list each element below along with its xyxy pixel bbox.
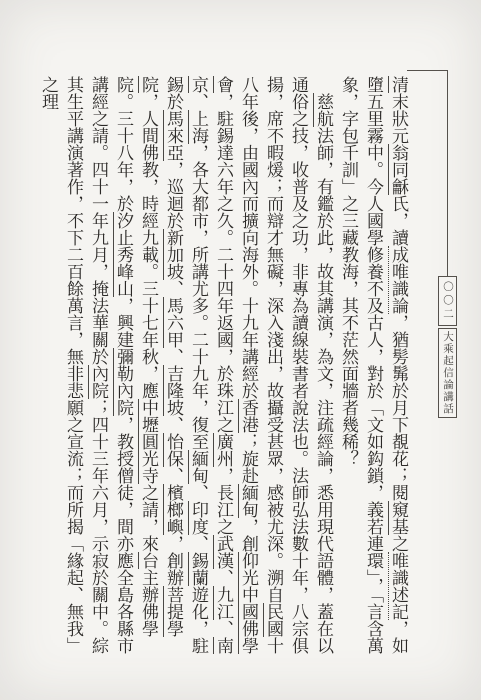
text-run: 氏，讀 bbox=[389, 195, 408, 246]
text-run: ，興建 bbox=[114, 297, 133, 348]
text-run: 末狀元 bbox=[389, 93, 408, 144]
proper-noun-run: 緬甸 bbox=[188, 450, 208, 484]
proper-noun-run: 檳榔嶼 bbox=[163, 484, 183, 535]
text-block: 清末狀元翁同龢氏，讀成唯識論，猶髣髴於月下覩花；閱窺基之唯識述記，如墮五里霧中。… bbox=[59, 76, 411, 654]
proper-noun-run: 中壢圓光寺 bbox=[138, 399, 158, 484]
text-run: 之請，來 bbox=[139, 484, 158, 552]
proper-noun-run: 緬甸 bbox=[238, 484, 258, 518]
proper-noun-run: 怡保 bbox=[163, 433, 183, 467]
text-run: ，長江之 bbox=[214, 467, 233, 535]
book-page: 〇〇二 大乘起信論講話 清末狀元翁同龢氏，讀成唯識論，猶髣髴於月下覩花；閱窺基之… bbox=[0, 0, 481, 700]
text-run: ，創 bbox=[239, 518, 258, 552]
text-run: 、 bbox=[214, 569, 233, 586]
proper-noun-run: 馬來亞 bbox=[163, 110, 183, 161]
proper-noun-run: 武漢 bbox=[213, 535, 233, 569]
proper-noun-run: 新加坡 bbox=[163, 229, 183, 280]
proper-noun-run: 錫蘭 bbox=[188, 552, 208, 586]
text-run: ，巡迴於 bbox=[164, 161, 183, 229]
text-run: ，各大都市，所講尤多。二十九年，復至 bbox=[189, 144, 208, 450]
proper-noun-run: 翁同龢 bbox=[388, 144, 408, 195]
text-run: ；旋赴 bbox=[239, 433, 258, 484]
text-run: ，猶髣髴於月下覩花；閱 bbox=[389, 314, 408, 501]
text-run: 、 bbox=[164, 416, 183, 433]
proper-noun-run: 廣州 bbox=[213, 433, 233, 467]
proper-noun-run: 台 bbox=[138, 552, 158, 569]
text-run: 、 bbox=[189, 535, 208, 552]
proper-noun-run: 九江 bbox=[213, 586, 233, 620]
text-run: ，駐錫達六年之久。二十四年返國，於珠江之 bbox=[214, 93, 233, 433]
folio-vertical-rule bbox=[447, 70, 448, 276]
text-run: 、 bbox=[164, 348, 183, 365]
book-title-run: 唯識述記 bbox=[388, 552, 408, 620]
book-title-run: 成唯識論 bbox=[388, 246, 408, 314]
text-run: 、 bbox=[189, 484, 208, 501]
folio-top-tick-line bbox=[407, 70, 448, 71]
proper-noun-run: 民國 bbox=[263, 603, 283, 637]
proper-noun-run: 吉隆坡 bbox=[163, 365, 183, 416]
proper-noun-run: 內院 bbox=[88, 365, 108, 399]
text-run: 、 bbox=[214, 620, 233, 637]
proper-noun-run: 香港 bbox=[238, 399, 258, 433]
proper-noun-run: 上海 bbox=[188, 110, 208, 144]
text-run: 、 bbox=[189, 93, 208, 110]
text-run: ，人間佛教，時經九載。三十七年秋，應 bbox=[139, 93, 158, 399]
proper-noun-run: 馬六甲 bbox=[163, 297, 183, 348]
page-number-box: 〇〇二 bbox=[438, 276, 457, 326]
text-run: 、 bbox=[164, 280, 183, 297]
proper-noun-run: 窺基 bbox=[388, 501, 408, 535]
paragraph: 慈航法師，有鑑於此，故其講演，為文，注疏經論，悉用現代語體，蓋在以通俗之技，收普… bbox=[36, 76, 336, 654]
proper-noun-run: 汐止秀峰山 bbox=[113, 212, 133, 297]
text-run: 之 bbox=[389, 535, 408, 552]
proper-noun-run: 慈航 bbox=[313, 93, 333, 127]
paragraph: 清末狀元翁同龢氏，讀成唯識論，猶髣髴於月下覩花；閱窺基之唯識述記，如墮五里霧中。… bbox=[336, 76, 411, 654]
proper-noun-run: 彌勒內院 bbox=[113, 348, 133, 416]
proper-noun-run: 清 bbox=[388, 76, 408, 93]
running-title-box: 大乘起信論講話 bbox=[438, 328, 457, 418]
proper-noun-run: 印度 bbox=[188, 501, 208, 535]
text-run: ，創辦 bbox=[164, 535, 183, 586]
text-run: 、 bbox=[164, 467, 183, 484]
text-run: 法師，有鑑於此，故其講演，為文，注疏經論，悉用現代語體，蓋在以通俗之技，收普及之… bbox=[264, 76, 333, 654]
